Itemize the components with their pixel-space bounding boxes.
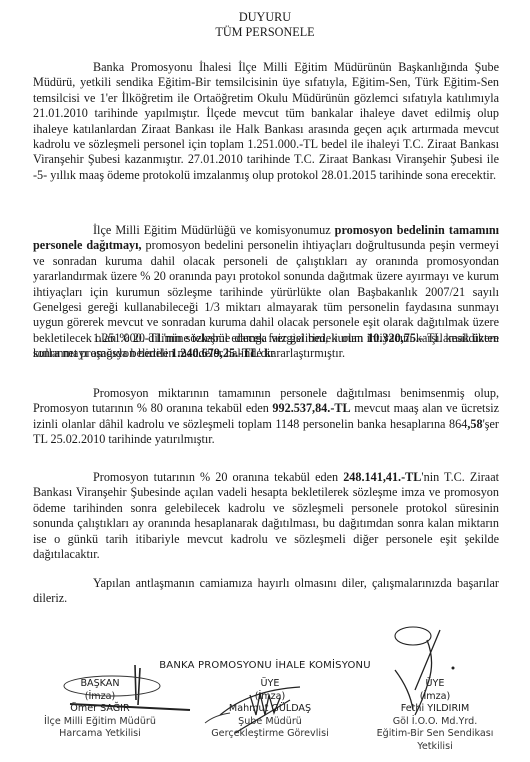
document-subtitle: TÜM PERSONELE	[0, 25, 530, 40]
p5-text-a: Promosyon tutarının % 20 oranına tekabül…	[93, 470, 343, 484]
signatory-role: ÜYE	[350, 678, 520, 691]
paragraph-net-amount: 1.251.000.-TL'nin sözleşme damga vergisi…	[33, 331, 499, 362]
paragraph-closing: Yapılan antlaşmanın camiamıza hayırlı ol…	[33, 576, 499, 607]
p3-text-e: 'dir.	[258, 346, 276, 360]
signatory-role: BAŞKAN	[15, 678, 185, 691]
signature-mark: (İmza)	[185, 691, 355, 704]
signatory-name: Mahmut GÜLDAŞ	[185, 703, 355, 716]
signatory-name: Fethi YILDIRIM	[350, 703, 520, 716]
paragraph-distribution-80: Promosyon miktarının tamamının personele…	[33, 386, 499, 448]
signatory-title-2: Harcama Yetkilisi	[15, 728, 185, 741]
amount-80-percent: 992.537,84.-TL	[272, 401, 350, 415]
document-title: DUYURU	[0, 10, 530, 25]
signature-mark: (İmza)	[350, 691, 520, 704]
signatory-title: İlçe Milli Eğitim Müdürü	[15, 716, 185, 729]
p3-text-a: 1.251.000.-TL'nin sözleşme damga vergisi…	[93, 331, 367, 345]
stamp-tax-amount: 10.320,75.-	[367, 331, 423, 345]
signatory-title-3: Yetkilisi	[350, 741, 520, 754]
signatory-title: Göl İ.O.O. Md.Yrd.	[350, 716, 520, 729]
committee-title: BANKA PROMOSYONU İHALE KOMİSYONU	[0, 660, 530, 671]
p2-text-a: İlçe Milli Eğitim Müdürlüğü ve komisyonu…	[93, 223, 335, 237]
signature-mark: (İmza)	[15, 691, 185, 704]
paragraph-tender-info: Banka Promosyonu İhalesi İlçe Milli Eğit…	[33, 60, 499, 183]
signatory-title-2: Gerçekleştirme Görevlisi	[185, 728, 355, 741]
signatory-name: Ömer SAĞIR	[15, 703, 185, 716]
net-promotion-amount: 1.240.679,25.-TL	[171, 346, 258, 360]
signatory-title-2: Eğitim-Bir Sen Sendikası	[350, 728, 520, 741]
per-person-decimal: ,58	[467, 417, 482, 431]
signature-block-member-2: ÜYE (İmza) Fethi YILDIRIM Göl İ.O.O. Md.…	[350, 678, 520, 753]
signature-block-member-1: ÜYE (İmza) Mahmut GÜLDAŞ Şube Müdürü Ger…	[185, 678, 355, 741]
paragraph-distribution-20: Promosyon tutarının % 20 oranına tekabül…	[33, 470, 499, 562]
signatory-title: Şube Müdürü	[185, 716, 355, 729]
signature-block-chair: BAŞKAN (İmza) Ömer SAĞIR İlçe Milli Eğit…	[15, 678, 185, 741]
signatory-role: ÜYE	[185, 678, 355, 691]
amount-20-percent: 248.141,41.-TL	[343, 470, 421, 484]
